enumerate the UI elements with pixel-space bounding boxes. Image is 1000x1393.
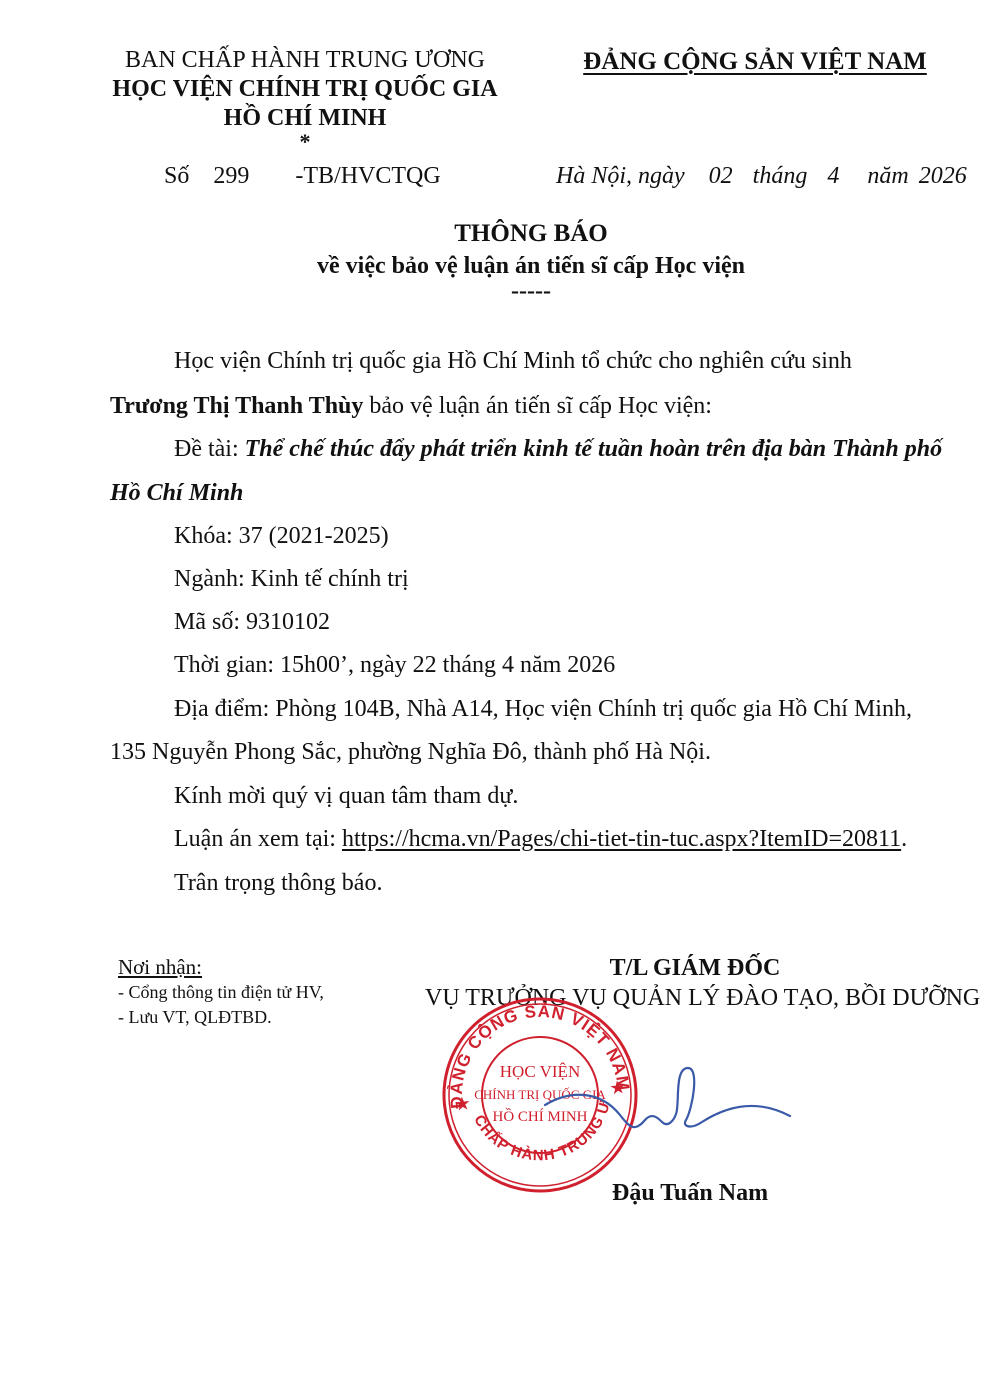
date-month-label: tháng: [753, 163, 808, 190]
closing: Trân trọng thông báo.: [174, 870, 382, 897]
signatory-name: Đậu Tuấn Nam: [612, 1180, 768, 1207]
candidate-name: Trương Thị Thanh Thùy: [110, 393, 363, 419]
document-date: Hà Nội, ngày 02 tháng 4 năm 2026: [556, 163, 967, 190]
doc-number-prefix: Số: [164, 163, 189, 190]
code-info: Mã số: 9310102: [174, 609, 330, 636]
date-year: 2026: [919, 163, 967, 190]
date-year-label: năm: [867, 163, 908, 190]
invitation: Kính mời quý vị quan tâm tham dự.: [174, 783, 518, 810]
handwritten-signature-icon: [540, 1060, 800, 1160]
signatory-authority: T/L GIÁM ĐỐC: [425, 953, 965, 983]
topic-title-part2: Hồ Chí Minh: [110, 480, 243, 507]
notice-title: THÔNG BÁO: [0, 218, 1000, 250]
svg-text:★: ★: [455, 1095, 472, 1113]
thesis-label: Luận án xem tại:: [174, 826, 342, 852]
intro-paragraph: Học viện Chính trị quốc gia Hồ Chí Minh …: [174, 348, 852, 375]
doc-number-suffix: -TB/HVCTQG: [295, 163, 440, 190]
thesis-end: .: [901, 826, 907, 852]
intro-continued-text: bảo vệ luận án tiến sĩ cấp Học viện:: [363, 393, 712, 419]
authority-parent: BAN CHẤP HÀNH TRUNG ƯƠNG: [100, 46, 510, 75]
recipients-title: Nơi nhận:: [118, 955, 324, 980]
recipient-item: - Cổng thông tin điện tử HV,: [118, 980, 324, 1005]
date-day: 02: [709, 163, 733, 190]
intro-continued: Trương Thị Thanh Thùy bảo vệ luận án tiế…: [110, 393, 712, 420]
date-place-prefix: Hà Nội, ngày: [556, 163, 685, 190]
doc-number-value: 299: [213, 163, 249, 190]
star-separator: *: [100, 133, 510, 151]
thesis-line: Luận án xem tại: https://hcma.vn/Pages/c…: [174, 826, 907, 853]
notice-title-block: THÔNG BÁO về việc bảo vệ luận án tiến sĩ…: [0, 218, 1000, 300]
topic-line: Đề tài: Thể chế thúc đẩy phát triển kinh…: [174, 436, 942, 463]
title-divider: -----: [0, 282, 1000, 300]
issuing-authority: BAN CHẤP HÀNH TRUNG ƯƠNG HỌC VIỆN CHÍNH …: [100, 46, 510, 151]
time-info: Thời gian: 15h00’, ngày 22 tháng 4 năm 2…: [174, 652, 615, 679]
topic-label: Đề tài:: [174, 436, 245, 462]
recipient-item: - Lưu VT, QLĐTBD.: [118, 1005, 324, 1030]
course-info: Khóa: 37 (2021-2025): [174, 523, 389, 550]
notice-subtitle: về việc bảo vệ luận án tiến sĩ cấp Học v…: [0, 250, 1000, 282]
major-info: Ngành: Kinh tế chính trị: [174, 566, 409, 593]
recipients-block: Nơi nhận: - Cổng thông tin điện tử HV, -…: [118, 955, 324, 1030]
party-motto: ĐẢNG CỘNG SẢN VIỆT NAM: [555, 48, 955, 76]
location-line1: Địa điểm: Phòng 104B, Nhà A14, Học viện …: [174, 696, 912, 723]
document-number: Số 299 -TB/HVCTQG: [164, 163, 441, 190]
date-month: 4: [827, 163, 839, 190]
authority-name-line1: HỌC VIỆN CHÍNH TRỊ QUỐC GIA: [100, 75, 510, 104]
topic-title-part1: Thể chế thúc đẩy phát triển kinh tế tuần…: [245, 436, 943, 462]
thesis-link[interactable]: https://hcma.vn/Pages/chi-tiet-tin-tuc.a…: [342, 826, 901, 852]
location-line2: 135 Nguyễn Phong Sắc, phường Nghĩa Đô, t…: [110, 739, 711, 766]
